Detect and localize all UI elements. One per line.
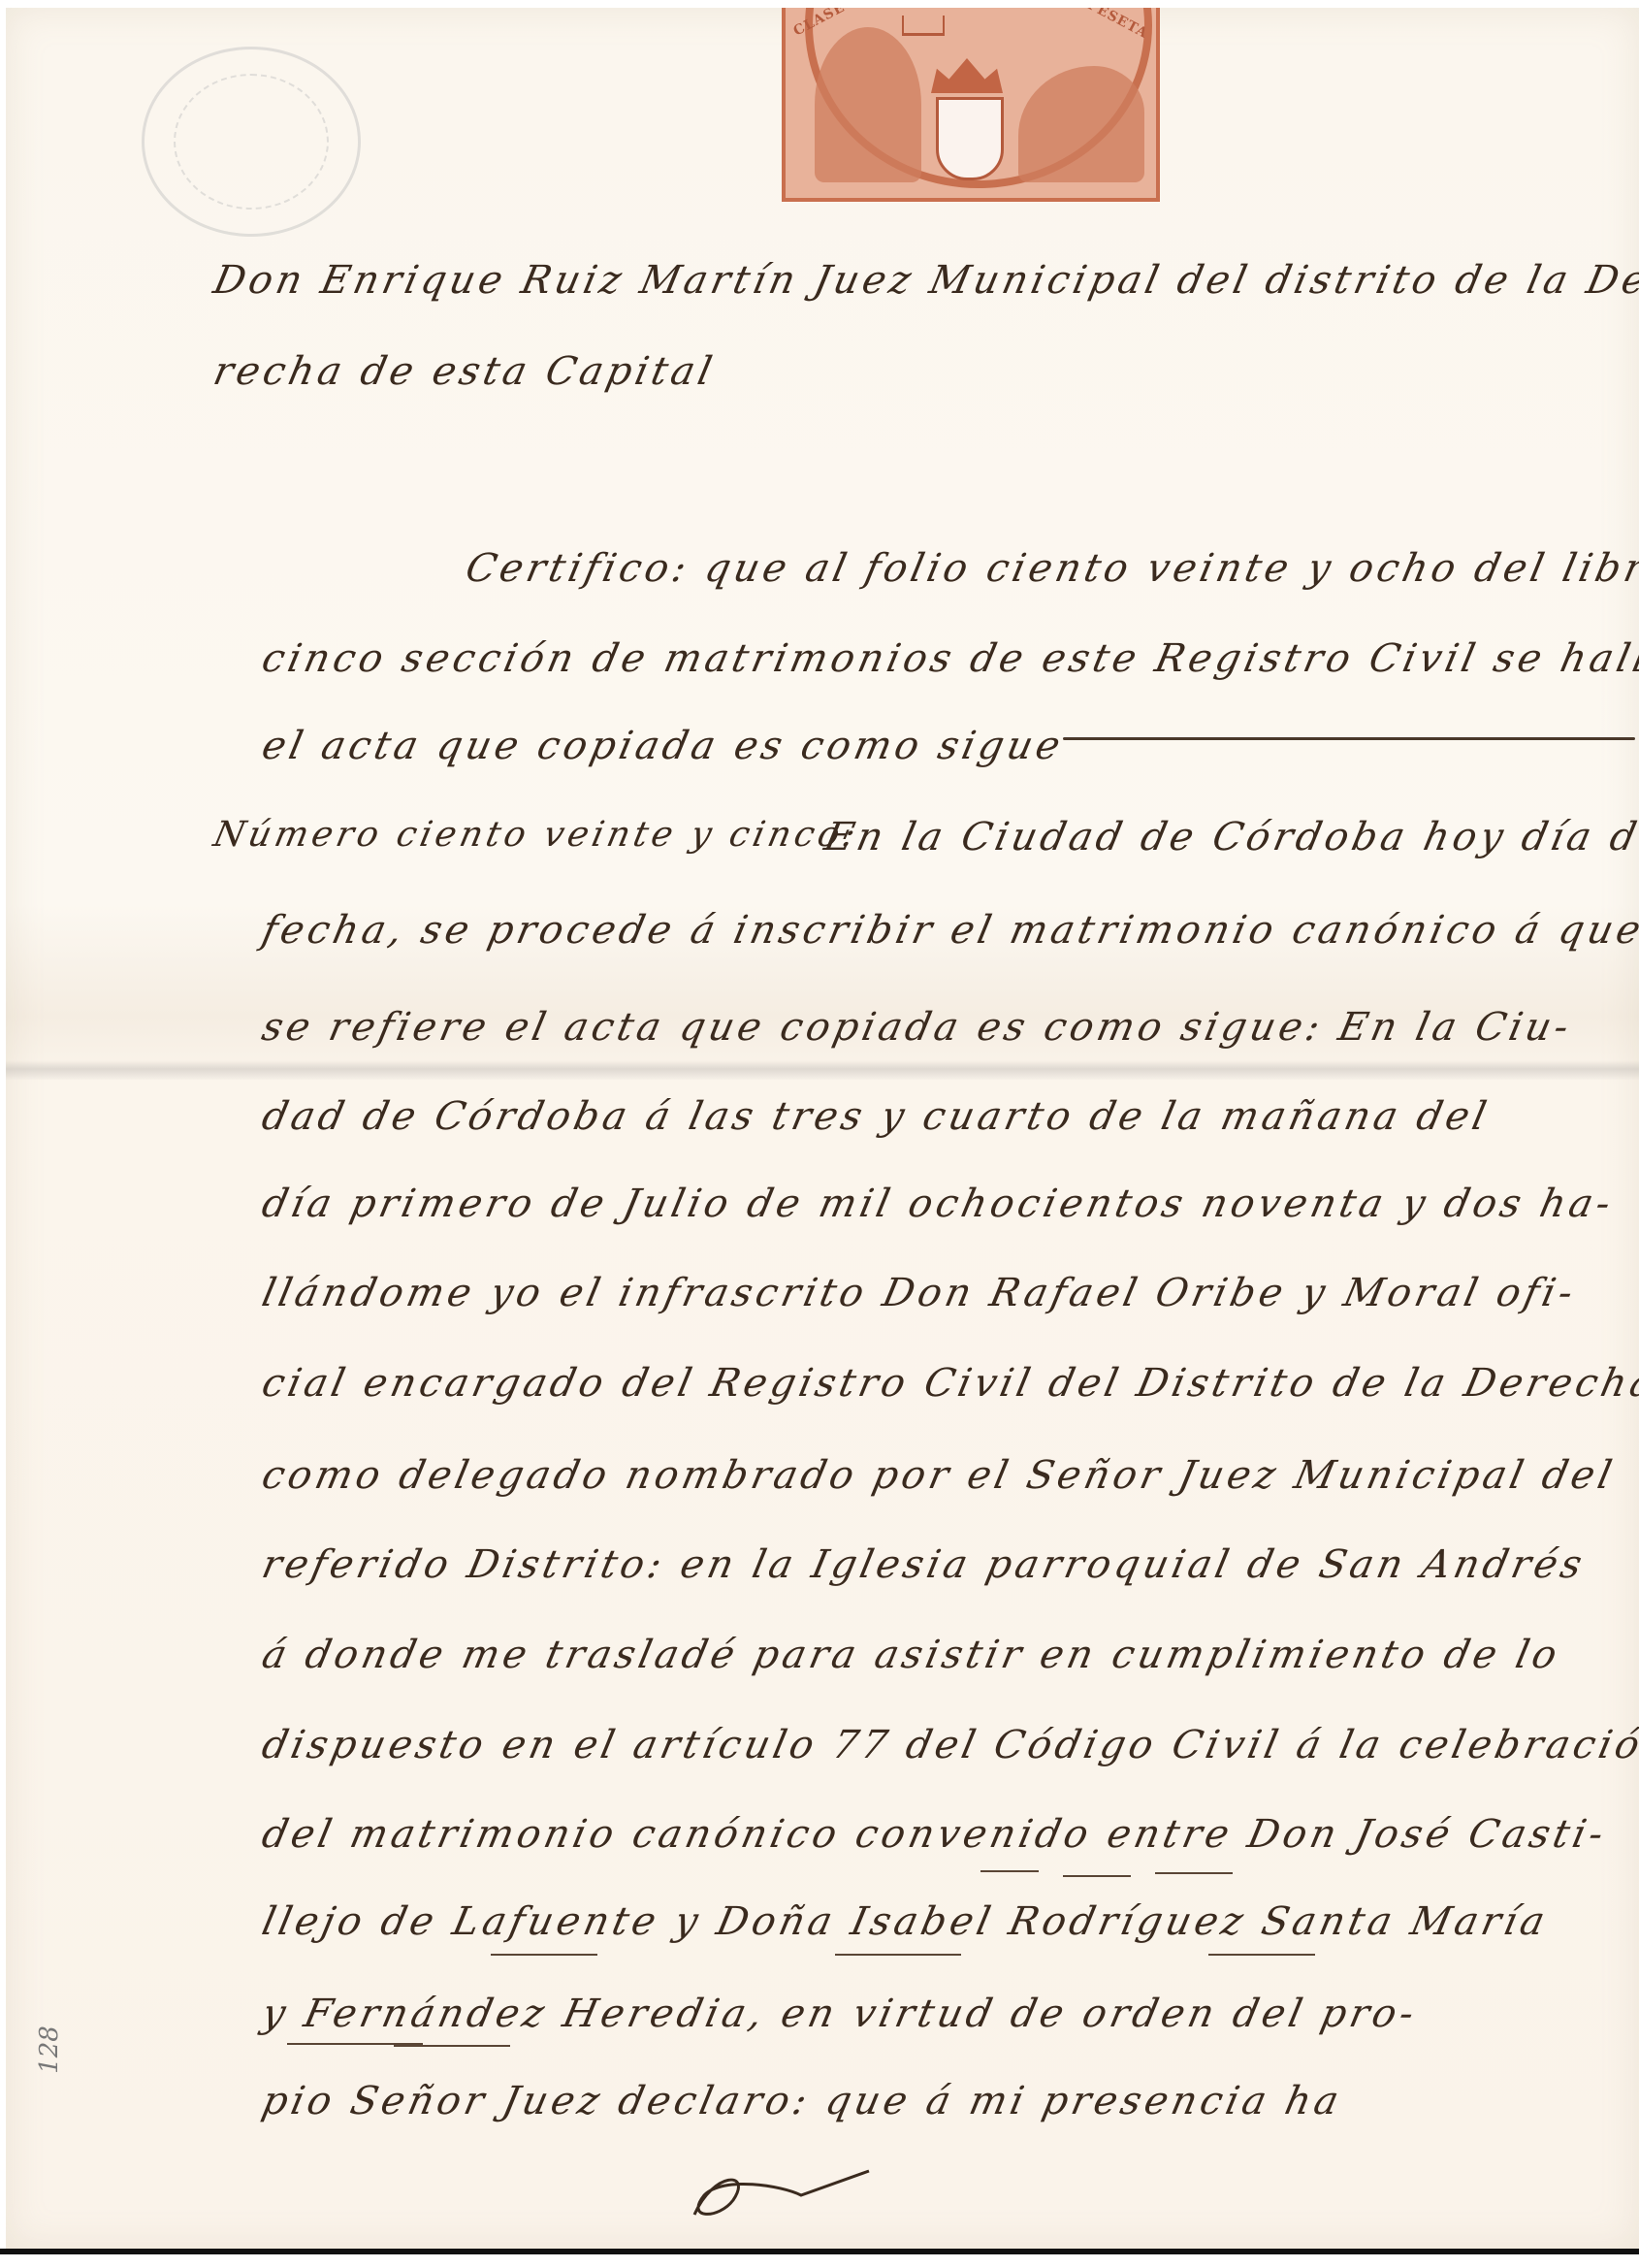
heading-line-1: Don Enrique Ruiz Martín Juez Municipal d… (209, 258, 1639, 303)
entry-line-14: y Fernández Heredia, en virtud de orden … (258, 1992, 1422, 2036)
entry-line-6: llándome yo el infrascrito Don Rafael Or… (258, 1271, 1581, 1315)
name-underline (491, 1954, 597, 1956)
entry-line-7: cial encargado del Registro Civil del Di… (258, 1361, 1639, 1406)
revenue-stamp: CLASE PESETA (782, 8, 1160, 202)
certify-line-2: cinco sección de matrimonios de este Reg… (258, 636, 1639, 681)
justice-figure-icon (815, 27, 921, 182)
entry-line-9: referido Distrito: en la Iglesia parroqu… (258, 1542, 1590, 1587)
entry-line-4: dad de Córdoba á las tres y cuarto de la… (258, 1094, 1494, 1139)
scan-edge (0, 2249, 1639, 2254)
entry-line-12: del matrimonio canónico convenido entre … (258, 1812, 1611, 1857)
fill-rule (1063, 737, 1635, 740)
entry-margin-label: Número ciento veinte y cinco: (210, 815, 863, 855)
name-underline (394, 2045, 510, 2047)
entry-line-3: se refiere el acta que copiada es como s… (258, 1005, 1576, 1050)
certify-line-1: Certifico: que al folio ciento veinte y … (462, 546, 1639, 591)
rubric-flourish-icon (675, 2166, 879, 2224)
entry-line-2: fecha, se procede á inscribir el matrimo… (258, 908, 1639, 953)
paper-fold (6, 1060, 1639, 1080)
entry-line-11: dispuesto en el artículo 77 del Código C… (258, 1723, 1639, 1767)
embossed-seal-inner (174, 74, 329, 210)
scales-icon (902, 16, 945, 36)
entry-line-13: llejo de Lafuente y Doña Isabel Rodrígue… (258, 1899, 1553, 1944)
heading-line-2: recha de esta Capital (209, 349, 720, 394)
name-underline (1063, 1875, 1131, 1877)
name-underline (1155, 1872, 1233, 1874)
entry-line-10: á donde me trasladé para asistir en cump… (258, 1633, 1564, 1677)
shield-icon (936, 97, 1004, 180)
name-underline (835, 1954, 961, 1956)
entry-line-8: como delegado nombrado por el Señor Juez… (258, 1453, 1620, 1498)
folio-number: 128 (35, 2025, 64, 2074)
name-underline (1208, 1954, 1315, 1956)
document-page: CLASE PESETA Don Enrique Ruiz Martín Jue… (6, 8, 1639, 2249)
certify-line-3: el acta que copiada es como sigue (258, 724, 1068, 768)
entry-line-15: pio Señor Juez declaro: que á mi presenc… (258, 2079, 1346, 2123)
entry-line-1: En la Ciudad de Córdoba hoy día de la (820, 815, 1639, 859)
embossed-seal (142, 47, 361, 237)
name-underline (980, 1870, 1039, 1872)
entry-line-5: día primero de Julio de mil ochocientos … (258, 1182, 1618, 1226)
